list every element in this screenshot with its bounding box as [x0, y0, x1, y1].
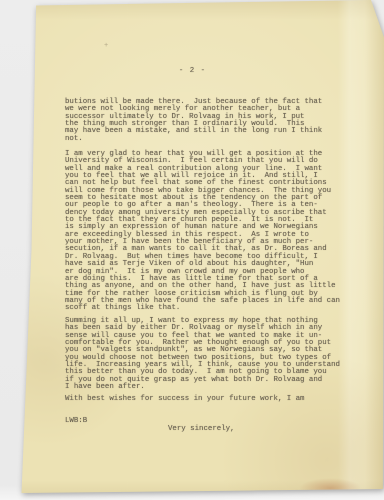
scan-background: - 2 - butions will be made there. Just b…: [0, 0, 384, 500]
paragraph-2: I am very glad to hear that you will get…: [65, 151, 357, 313]
paragraph-3: Summing it all up, I want to express my …: [65, 318, 357, 391]
letter-page: - 2 - butions will be made there. Just b…: [0, 0, 384, 500]
page-number: - 2 -: [65, 68, 320, 75]
paragraph-1: butions will be made there. Just because…: [65, 99, 357, 143]
closing-line: With best wishes for success in your fut…: [65, 396, 357, 403]
typist-initials: LWB:B: [65, 418, 87, 425]
pencil-mark: [104, 43, 110, 49]
signoff: Very sincerely,: [168, 426, 235, 433]
signature-row: LWB:B Very sincerely,: [65, 411, 357, 421]
paper-shadow: - 2 - butions will be made there. Just b…: [0, 0, 384, 500]
